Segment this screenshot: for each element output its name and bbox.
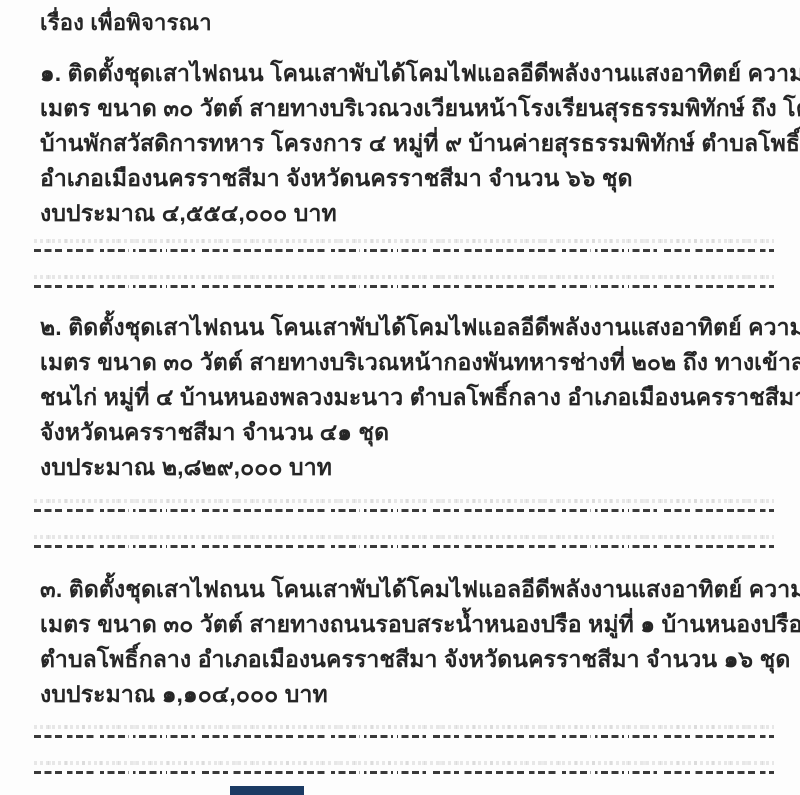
bottom-edge-bar <box>230 786 304 795</box>
item3-line-2: เมตร ขนาด ๓๐ วัตต์ สายทางถนนรอบสระน้ำหนอ… <box>40 607 772 642</box>
dotted-separator-3 <box>34 725 774 774</box>
item1-line-1: ๑. ติดตั้งชุดเสาไฟถนน โคนเสาพับได้โคมไฟแ… <box>40 56 772 91</box>
page-title: เรื่อง เพื่อพิจารณา <box>40 8 772 38</box>
item1-line-2: เมตร ขนาด ๓๐ วัตต์ สายทางบริเวณวงเวียนหน… <box>40 91 772 126</box>
item1-line-3: บ้านพักสวัสดิการทหาร โครงการ ๔ หมู่ที่ ๙… <box>40 126 772 161</box>
dotted-rule <box>34 239 774 252</box>
dotted-separator-2 <box>34 499 774 548</box>
item2-budget-line: งบประมาณ ๒,๘๒๙,๐๐๐ บาท <box>40 450 772 485</box>
document-page: เรื่อง เพื่อพิจารณา ๑. ติดตั้งชุดเสาไฟถน… <box>0 0 800 795</box>
dotted-rule <box>34 761 774 774</box>
item3-line-3: ตำบลโพธิ์กลาง อำเภอเมืองนครราชสีมา จังหว… <box>40 642 772 677</box>
dotted-separator-1 <box>34 239 774 288</box>
item2-line-2: เมตร ขนาด ๓๐ วัตต์ สายทางบริเวณหน้ากองพั… <box>40 345 772 380</box>
item3-budget-line: งบประมาณ ๑,๑๐๔,๐๐๐ บาท <box>40 677 772 712</box>
agenda-item-2: ๒. ติดตั้งชุดเสาไฟถนน โคนเสาพับได้โคมไฟแ… <box>40 310 772 485</box>
item3-line-1: ๓. ติดตั้งชุดเสาไฟถนน โคนเสาพับได้โคมไฟแ… <box>40 572 772 607</box>
item1-budget-line: งบประมาณ ๔,๕๕๔,๐๐๐ บาท <box>40 196 772 231</box>
dotted-rule <box>34 499 774 512</box>
dotted-rule <box>34 535 774 548</box>
agenda-item-3: ๓. ติดตั้งชุดเสาไฟถนน โคนเสาพับได้โคมไฟแ… <box>40 572 772 712</box>
item2-line-1: ๒. ติดตั้งชุดเสาไฟถนน โคนเสาพับได้โคมไฟแ… <box>40 310 772 345</box>
agenda-item-1: ๑. ติดตั้งชุดเสาไฟถนน โคนเสาพับได้โคมไฟแ… <box>40 56 772 231</box>
item1-line-4: อำเภอเมืองนครราชสีมา จังหวัดนครราชสีมา จ… <box>40 161 772 196</box>
item2-line-4: จังหวัดนครราชสีมา จำนวน ๔๑ ชุด <box>40 415 772 450</box>
item2-line-3: ชนไก่ หมู่ที่ ๔ บ้านหนองพลวงมะนาว ตำบลโพ… <box>40 380 772 415</box>
dotted-rule <box>34 725 774 738</box>
dotted-rule <box>34 275 774 288</box>
